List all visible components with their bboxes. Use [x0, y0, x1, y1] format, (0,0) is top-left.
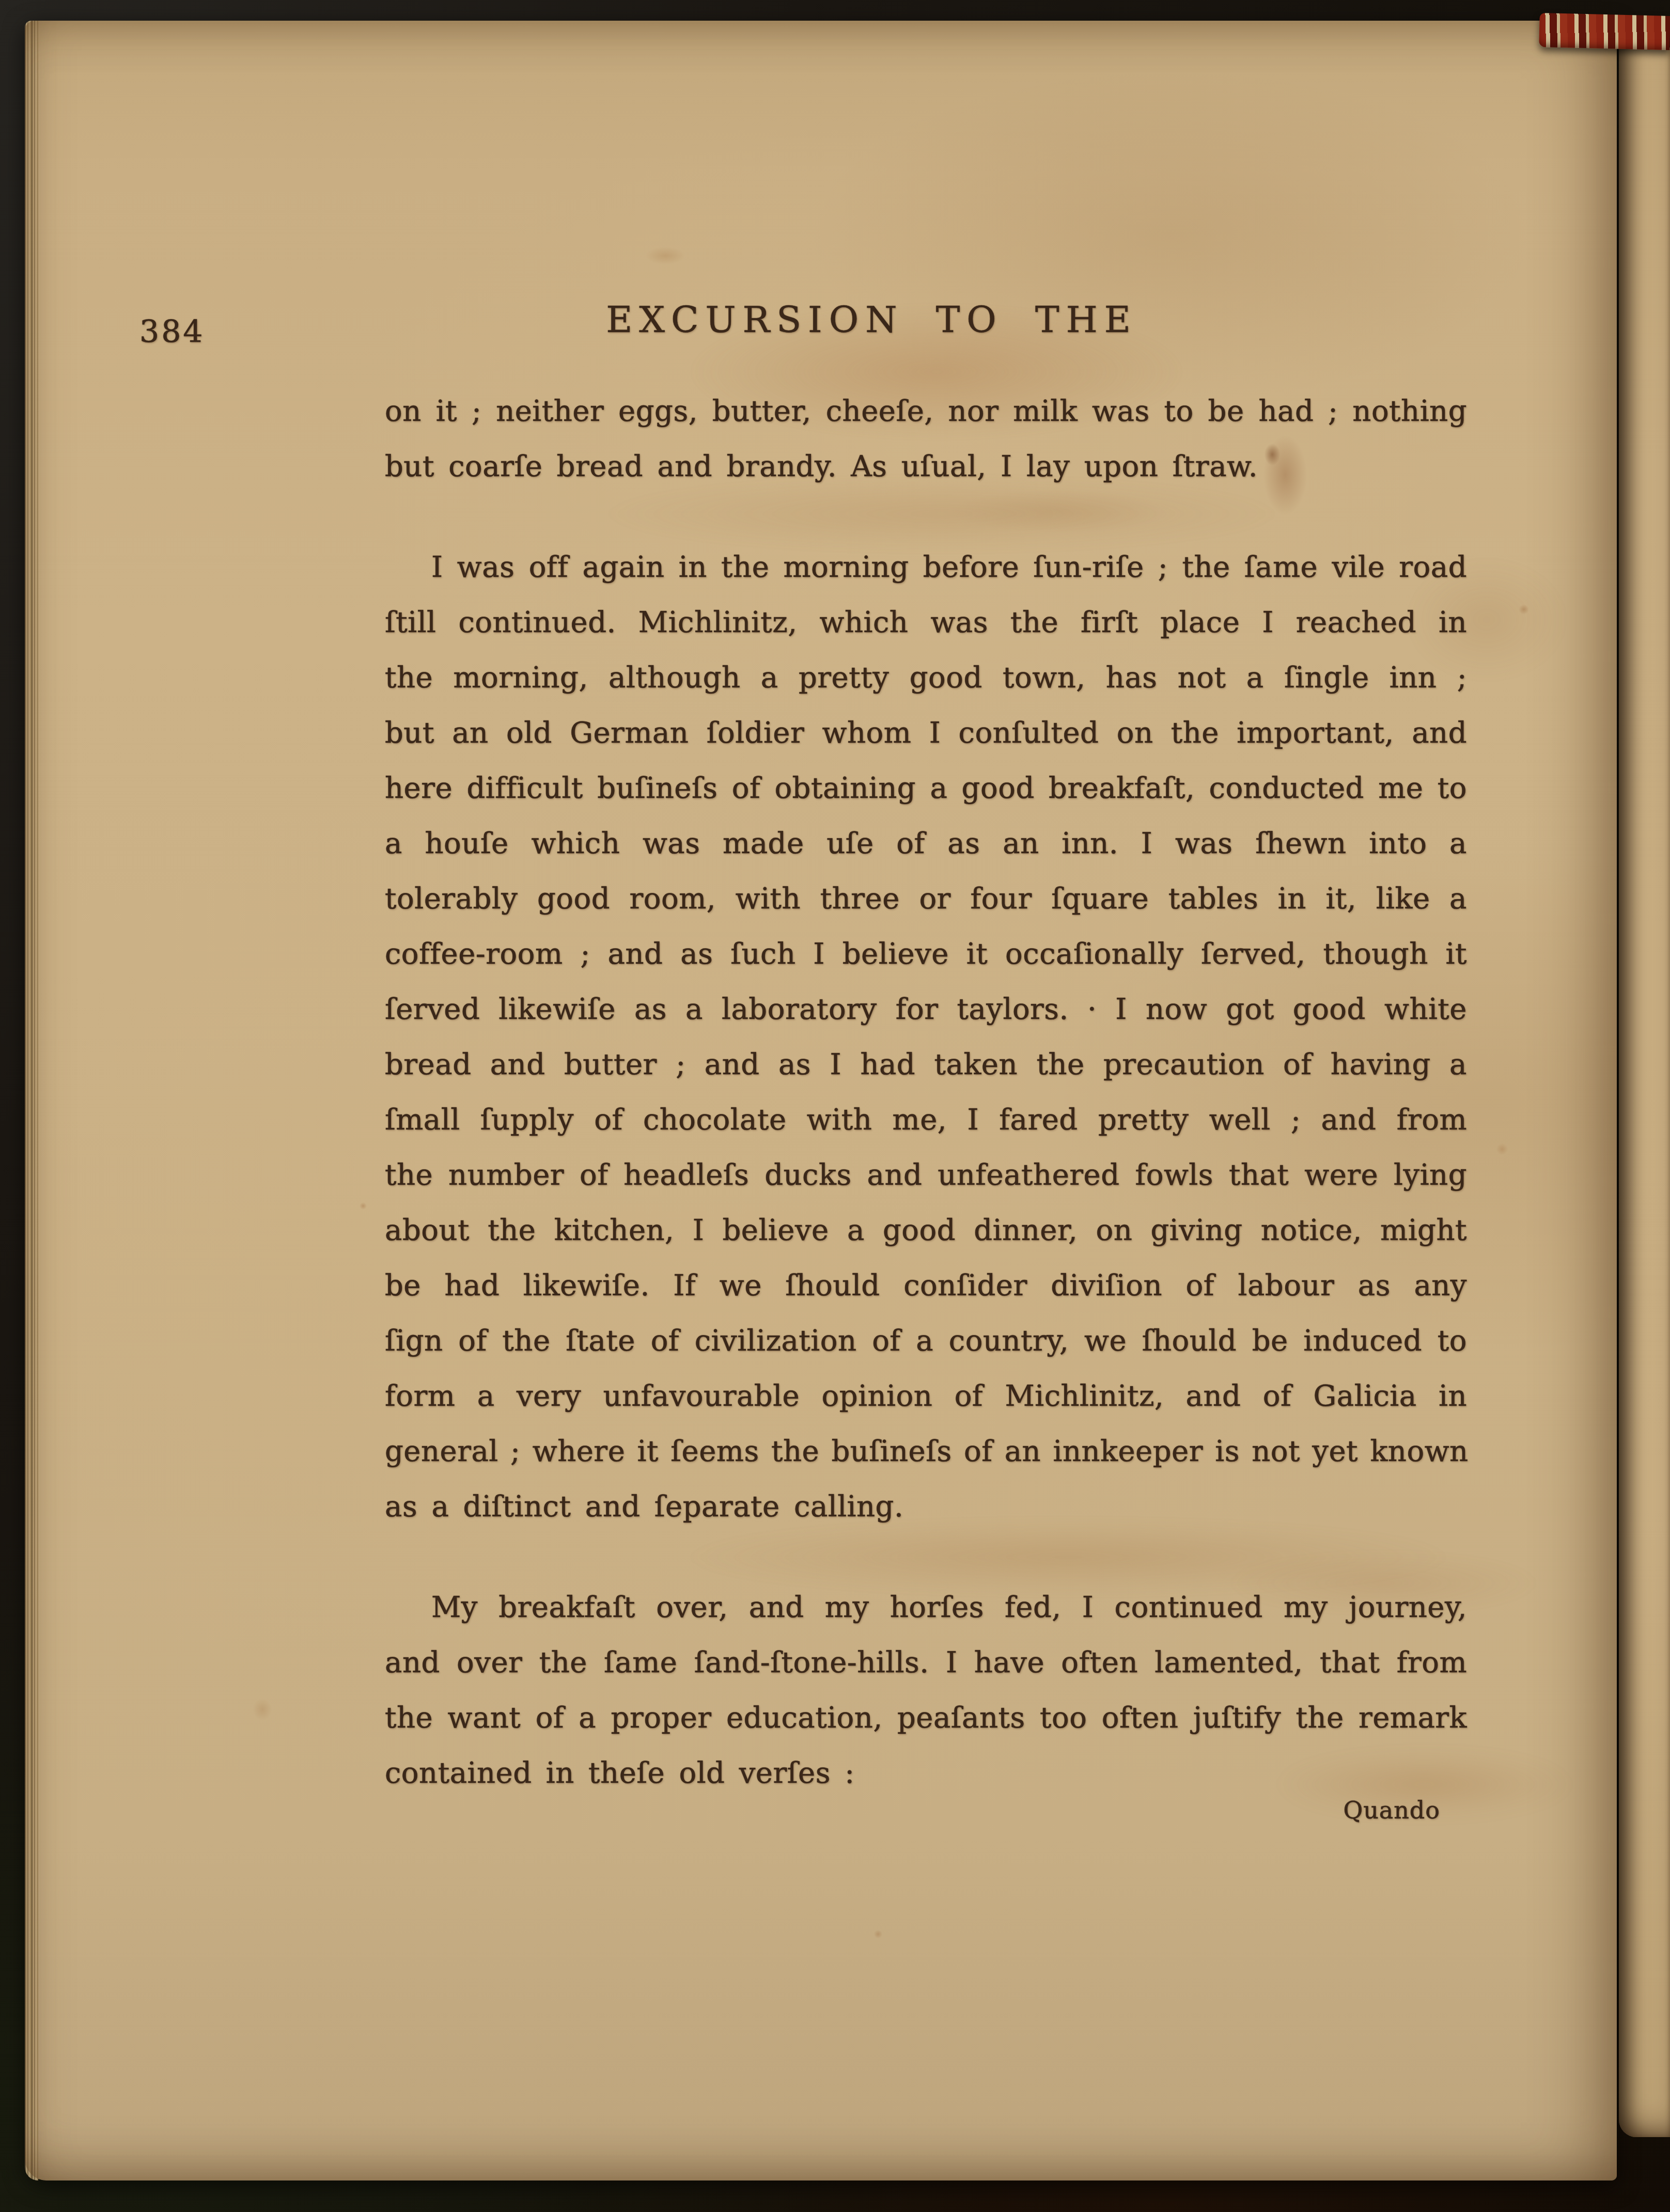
text-line: the morning, although a pretty good town…	[385, 650, 1467, 705]
text-line: on it ; neither eggs, butter, cheeſe, no…	[385, 384, 1467, 439]
text-line: ſtill continued. Michlinitz, which was t…	[385, 595, 1467, 650]
paragraph: I was off again in the morning before ſu…	[385, 540, 1467, 1534]
book-endband	[1539, 13, 1670, 50]
page-number: 384	[139, 314, 205, 350]
text-line: coffee-room ; and as ſuch I believe it o…	[385, 927, 1467, 982]
page-text-block: on it ; neither eggs, butter, cheeſe, no…	[385, 384, 1467, 1801]
text-line: I was off again in the morning before ſu…	[385, 540, 1467, 595]
text-line: bread and butter ; and as I had taken th…	[385, 1037, 1467, 1092]
text-line: be had likewiſe. If we ſhould conſider d…	[385, 1258, 1467, 1313]
text-line: but an old German ſoldier whom I conſult…	[385, 705, 1467, 761]
text-line: My breakfaſt over, and my horſes fed, I …	[385, 1580, 1467, 1635]
text-line: here difficult buſineſs of obtaining a g…	[385, 761, 1467, 816]
page-edge-stack	[25, 21, 38, 2180]
book-page: 384 EXCURSION TO THE on it ; neither egg…	[25, 21, 1617, 2180]
text-line: but coarſe bread and brandy. As uſual, I…	[385, 439, 1467, 494]
text-line: the want of a proper education, peaſants…	[385, 1690, 1467, 1746]
text-line: about the kitchen, I believe a good dinn…	[385, 1203, 1467, 1258]
catchword: Quando	[385, 1796, 1467, 1824]
text-line: ſmall ſupply of chocolate with me, I far…	[385, 1092, 1467, 1148]
text-line: as a diſtinct and ſeparate calling.	[385, 1479, 1467, 1534]
text-line: contained in theſe old verſes :	[385, 1746, 1467, 1801]
paragraph: on it ; neither eggs, butter, cheeſe, no…	[385, 384, 1467, 494]
text-line: tolerably good room, with three or four …	[385, 871, 1467, 927]
text-line: form a very unfavourable opinion of Mich…	[385, 1369, 1467, 1424]
text-line: a houſe which was made uſe of as an inn.…	[385, 816, 1467, 871]
paragraph: My breakfaſt over, and my horſes fed, I …	[385, 1580, 1467, 1801]
facing-page-edge	[1619, 48, 1670, 2137]
text-line: ſign of the ſtate of civilization of a c…	[385, 1313, 1467, 1369]
book-photo-scene: 384 EXCURSION TO THE on it ; neither egg…	[0, 0, 1670, 2212]
text-line: ſerved likewiſe as a laboratory for tayl…	[385, 982, 1467, 1037]
text-line: general ; where it ſeems the buſineſs of…	[385, 1424, 1467, 1479]
text-line: the number of headleſs ducks and unfeath…	[385, 1148, 1467, 1203]
text-line: and over the ſame ſand-ſtone-hills. I ha…	[385, 1635, 1467, 1690]
running-header: EXCURSION TO THE	[356, 299, 1439, 341]
